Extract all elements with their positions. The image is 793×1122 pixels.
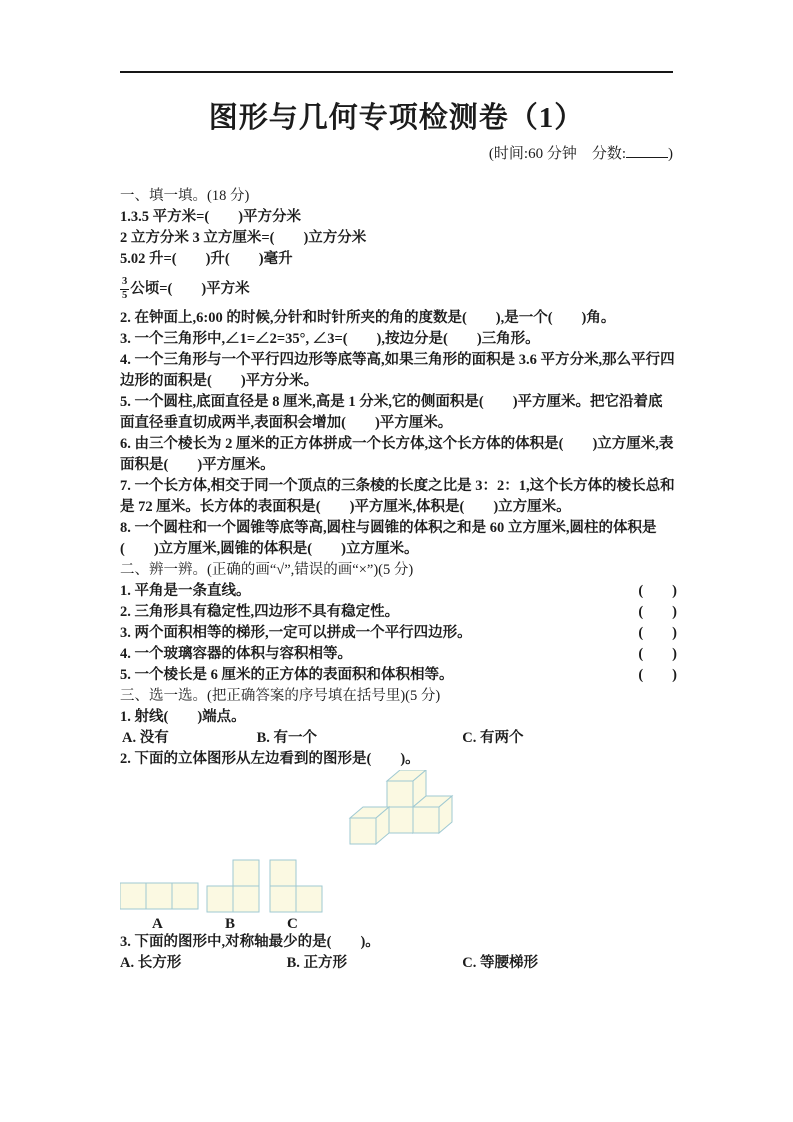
- cube-stroke-group: [350, 770, 452, 844]
- unit-square: [207, 886, 233, 912]
- question-text: 1. 平角是一条直线。: [120, 581, 251, 602]
- cube-front-left: [350, 807, 389, 844]
- option-c: C. 等腰梯形: [462, 953, 538, 974]
- paper-body: 一、填一填。(18 分) 1.3.5 平方米=( )平方分米 2 立方分米 3 …: [120, 186, 677, 974]
- choice-options-row: A. 长方形 B. 正方形 C. 等腰梯形: [120, 953, 677, 974]
- question-text: 公顷=( )平方米: [130, 279, 249, 300]
- cube-face-front: [413, 807, 439, 833]
- question-text: 2. 在钟面上,6:00 的时候,分针和时针所夹的角的度数是( ),是一个( )…: [120, 308, 677, 329]
- shapes-stroke-group: [120, 860, 322, 912]
- answer-blank: ( ): [638, 644, 677, 665]
- question-text: 3. 下面的图形中,对称轴最少的是( )。: [120, 932, 677, 953]
- question-text: 5. 一个棱长是 6 厘米的正方体的表面积和体积相等。: [120, 665, 454, 686]
- choice-options-row: A. 没有 B. 有一个 C. 有两个: [120, 728, 677, 749]
- option-c-label: C: [287, 916, 298, 932]
- option-a: A. 长方形: [120, 953, 283, 974]
- fraction-denominator: 5: [120, 290, 129, 302]
- unit-square: [270, 886, 296, 912]
- exam-meta: (时间:60 分钟 分数:): [120, 142, 673, 163]
- unit-square: [270, 860, 296, 886]
- judge-item: 2. 三角形具有稳定性,四边形不具有稳定性。 ( ): [120, 602, 677, 623]
- option-c: C. 有两个: [462, 728, 523, 749]
- fraction-numerator: 3: [120, 276, 129, 289]
- judge-item: 5. 一个棱长是 6 厘米的正方体的表面积和体积相等。 ( ): [120, 665, 677, 686]
- view-options-svg: A B C: [120, 854, 677, 932]
- question-text-fraction: 35 公顷=( )平方米: [120, 270, 677, 308]
- question-text: 1.3.5 平方米=( )平方分米: [120, 207, 677, 228]
- answer-blank: ( ): [638, 581, 677, 602]
- answer-blank: ( ): [638, 665, 677, 686]
- question-text: 7. 一个长方体,相交于同一个顶点的三条棱的长度之比是 3：2：1,这个长方体的…: [120, 476, 677, 518]
- meta-close-paren: ): [668, 146, 673, 162]
- unit-square: [120, 883, 146, 909]
- unit-square: [146, 883, 172, 909]
- question-text: 4. 一个玻璃容器的体积与容积相等。: [120, 644, 352, 665]
- question-text: 5.02 升=( )升( )毫升: [120, 249, 677, 270]
- judge-item: 1. 平角是一条直线。 ( ): [120, 581, 677, 602]
- cube-face-front: [350, 818, 376, 844]
- question-text: 5. 一个圆柱,底面直径是 8 厘米,高是 1 分米,它的侧面积是( )平方厘米…: [120, 392, 677, 434]
- question-text: 8. 一个圆柱和一个圆锥等底等高,圆柱与圆锥的体积之和是 60 立方厘米,圆柱的…: [120, 518, 677, 560]
- question-text: 3. 两个面积相等的梯形,一定可以拼成一个平行四边形。: [120, 623, 472, 644]
- view-options-figure: A B C: [120, 854, 677, 932]
- shape-option-c: [270, 860, 322, 912]
- section1-heading: 一、填一填。(18 分): [120, 186, 677, 207]
- cube-face-front: [387, 781, 413, 807]
- fraction: 35: [120, 276, 129, 301]
- question-text: 2. 三角形具有稳定性,四边形不具有稳定性。: [120, 602, 399, 623]
- section3-heading: 三、选一选。(把正确答案的序号填在括号里)(5 分): [120, 686, 677, 707]
- unit-square: [172, 883, 198, 909]
- cube-fill-group: [350, 770, 452, 844]
- exam-paper: 图形与几何专项检测卷（1） (时间:60 分钟 分数:) 一、填一填。(18 分…: [0, 0, 793, 1122]
- question-text: 2. 下面的立体图形从左边看到的图形是( )。: [120, 749, 677, 770]
- shapes-fill-group: [120, 860, 322, 912]
- shape-option-b: [207, 860, 259, 912]
- option-a-label: A: [152, 916, 163, 932]
- header-rule: [120, 71, 673, 73]
- question-text: 4. 一个三角形与一个平行四边形等底等高,如果三角形的面积是 3.6 平方分米,…: [120, 350, 677, 392]
- judge-item: 4. 一个玻璃容器的体积与容积相等。 ( ): [120, 644, 677, 665]
- cube-face-front: [387, 807, 413, 833]
- question-text: 3. 一个三角形中,∠1=∠2=35°, ∠3=( ),按边分是( )三角形。: [120, 329, 677, 350]
- option-b: B. 正方形: [287, 953, 459, 974]
- cube-stack-figure: [120, 770, 677, 854]
- page-title: 图形与几何专项检测卷（1）: [0, 95, 793, 136]
- unit-square: [296, 886, 322, 912]
- time-score-label: (时间:60 分钟 分数:: [489, 146, 626, 162]
- option-a: A. 没有: [120, 728, 253, 749]
- answer-blank: ( ): [638, 602, 677, 623]
- question-text: 2 立方分米 3 立方厘米=( )立方分米: [120, 228, 677, 249]
- unit-square: [233, 860, 259, 886]
- shape-option-a: [120, 883, 198, 909]
- answer-blank: ( ): [638, 623, 677, 644]
- judge-item: 3. 两个面积相等的梯形,一定可以拼成一个平行四边形。 ( ): [120, 623, 677, 644]
- question-text: 6. 由三个棱长为 2 厘米的正方体拼成一个长方体,这个长方体的体积是( )立方…: [120, 434, 677, 476]
- option-b-label: B: [225, 916, 235, 932]
- cube-right: [413, 796, 452, 833]
- option-b: B. 有一个: [257, 728, 459, 749]
- question-text: 1. 射线( )端点。: [120, 707, 677, 728]
- unit-square: [233, 886, 259, 912]
- section2-heading: 二、辨一辨。(正确的画“√”,错误的画“×”)(5 分): [120, 560, 677, 581]
- score-blank: [626, 144, 668, 158]
- cube-stack-svg: [348, 770, 480, 854]
